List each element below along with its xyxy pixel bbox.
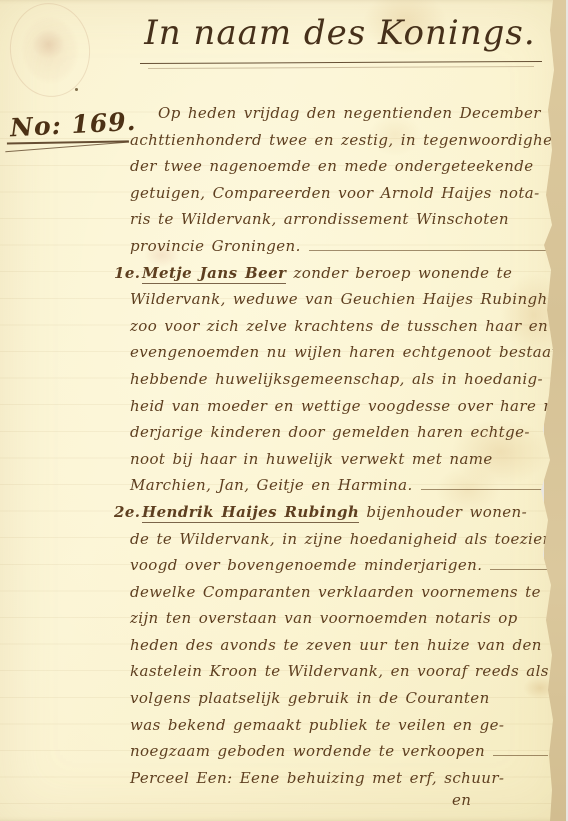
trailing-rule — [493, 755, 548, 756]
deed-body: Op heden vrijdag den negentienden Decemb… — [130, 100, 548, 791]
text-line: der twee nagenoemde en mede ondergeteeke… — [130, 153, 548, 180]
trailing-rule — [421, 489, 548, 490]
text-line: noegzaam geboden wordende te verkoopen — [130, 738, 548, 765]
text-line: achttienhonderd twee en zestig, in tegen… — [130, 127, 548, 154]
seal-inner-relief — [24, 22, 72, 66]
text-line-text: zonder beroep wonende te — [294, 264, 513, 282]
text-line-text: voogd over bovengenoemde minderjarigen. — [130, 552, 482, 579]
text-line-text: bijenhouder wonen- — [366, 503, 527, 521]
text-line: hebbende huwelijksgemeenschap, als in ho… — [130, 366, 548, 393]
person-name: Hendrik Haijes Rubingh — [142, 503, 359, 523]
text-line: ris te Wildervank, arrondissement Winsch… — [130, 206, 548, 233]
text-line-text: provincie Groningen. — [130, 233, 301, 260]
embossed-seal-icon — [5, 0, 94, 101]
text-line: Perceel Een: Eene behuizing met erf, sch… — [130, 765, 548, 792]
text-line: zijn ten overstaan van voornoemden notar… — [130, 605, 548, 632]
text-line: heid van moeder en wettige voogdesse ove… — [130, 393, 548, 420]
text-line: provincie Groningen. — [130, 233, 548, 260]
text-line: was bekend gemaakt publiek te veilen en … — [130, 712, 548, 739]
text-line: voogd over bovengenoemde minderjarigen. — [130, 552, 548, 579]
trailing-rule — [490, 569, 548, 570]
text-line: kastelein Kroon te Wildervank, en vooraf… — [130, 658, 548, 685]
text-line: dewelke Comparanten verklaarden voorneme… — [130, 579, 548, 606]
ink-speck — [75, 88, 78, 91]
text-line: Wildervank, weduwe van Geuchien Haijes R… — [130, 286, 548, 313]
text-line-text: noegzaam geboden wordende te verkoopen — [130, 738, 485, 765]
text-line: 2e.Hendrik Haijes Rubingh bijenhouder wo… — [130, 499, 548, 526]
text-line: 1e.Metje Jans Beer zonder beroep wonende… — [130, 260, 548, 287]
text-line-text: Marchien, Jan, Geitje en Harmina. — [130, 472, 413, 499]
text-line: de te Wildervank, in zijne hoedanigheid … — [130, 526, 548, 553]
text-line: zoo voor zich zelve krachtens de tussche… — [130, 313, 548, 340]
title-underline — [140, 61, 542, 68]
text-line: volgens plaatselijk gebruik in de Couran… — [130, 685, 548, 712]
text-line: noot bij haar in huwelijk verwekt met na… — [130, 446, 548, 473]
item-number: 2e. — [114, 499, 142, 526]
scanned-document: { "document": { "ink_color": "#5e3f20", … — [0, 0, 568, 821]
item-number: 1e. — [114, 260, 142, 287]
document-title: In naam des Konings. — [128, 13, 552, 65]
text-line: heden des avonds te zeven uur ten huize … — [130, 632, 548, 659]
paper-sheet: In naam des Konings. No: 169. Op heden v… — [0, 0, 568, 821]
text-line: evengenoemden nu wijlen haren echtgenoot… — [130, 339, 548, 366]
text-line: Op heden vrijdag den negentienden Decemb… — [130, 100, 548, 127]
text-line: getuigen, Compareerden voor Arnold Haije… — [130, 180, 548, 207]
text-line: Marchien, Jan, Geitje en Harmina. — [130, 472, 548, 499]
act-number: No: 169. — [9, 107, 140, 143]
person-name: Metje Jans Beer — [142, 264, 286, 284]
catchword: en — [452, 791, 471, 809]
text-line: derjarige kinderen door gemelden haren e… — [130, 419, 548, 446]
trailing-rule — [309, 250, 548, 251]
